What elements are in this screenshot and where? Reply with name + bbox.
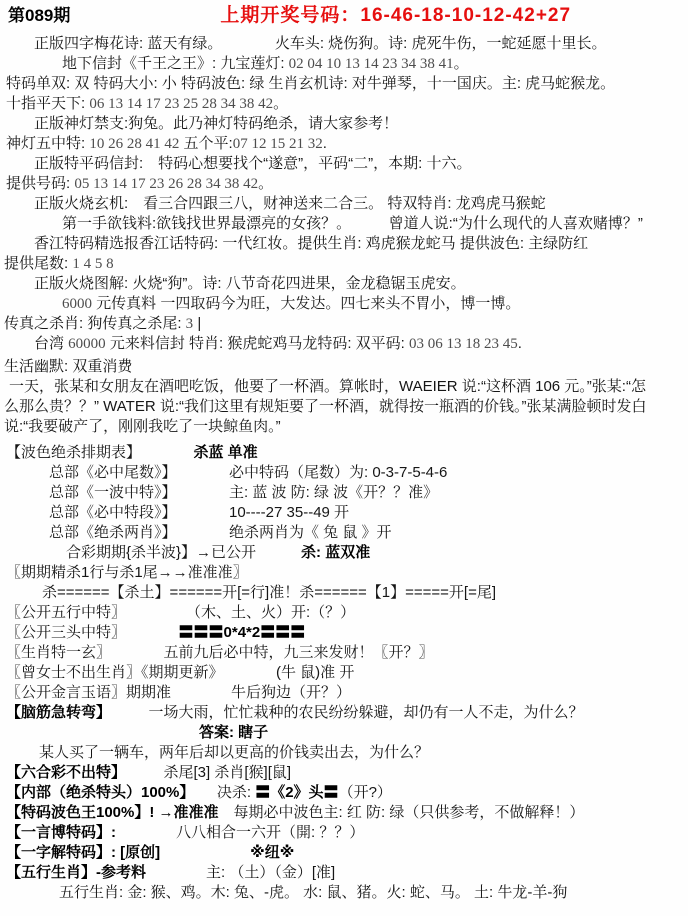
number-sequence: 60000	[68, 336, 106, 352]
text-segment: 。	[258, 175, 273, 192]
text-segment: .	[323, 135, 327, 152]
text-segment: 〖生肖特一玄〗 五前九后必中特，九三来发财！〖开？〗	[6, 644, 434, 661]
text-segment: 么那么贵？？” WATER 说:“我们这里有规矩要了一杯酒，就得按一瓶酒的价钱。…	[4, 398, 647, 415]
text-line: 十指平天下: 06 13 14 17 23 25 28 34 38 42。	[4, 94, 684, 114]
text-line: 〖公开金言玉语〗期期准 牛后狗边（开？）	[4, 683, 684, 703]
text-segment: 一天，张某和女朋友在酒吧吃饭，他要了一杯酒。算帐时，WAEIER 说:“这杯酒 …	[9, 378, 646, 395]
text-line: 正版神灯禁支:狗兔。此乃神灯特码绝杀，请大家参考！	[4, 114, 684, 134]
text-segment: 特码单双: 双 特码大小: 小 特码波色: 绿 生肖玄机诗: 对牛弹琴，十一国庆…	[6, 75, 615, 92]
emphasized-text: 【内部（绝杀特头）100%】	[6, 784, 187, 801]
text-segment: 正版特平码信封: 特码心想要找个“遂意”，平码“二”，本期: 十六。	[34, 155, 472, 172]
lottery-tip-sheet: 第089期 上期开奖号码：16-46-18-10-12-42+27 正版四字梅花…	[0, 0, 688, 916]
number-sequence: 05 13 14 17 23 26 28 34 38 42	[74, 176, 258, 192]
text-line: 神灯五中特: 10 26 28 41 42 五个平:07 12 15 21 32…	[4, 134, 684, 154]
number-sequence: 02 04 10 13 14 23 34 38 41	[289, 56, 454, 72]
text-line: 〖期期精杀1行与杀1尾→→准准准〗	[4, 563, 684, 583]
document-body: 正版四字梅花诗: 蓝天有绿。 火车头: 烧伤狗。诗: 虎死牛伤，一蛇延愿十里长。…	[0, 34, 688, 903]
text-line: 台湾 60000 元来料信封 特肖: 猴虎蛇鸡马龙特码: 双平码: 03 06 …	[4, 334, 684, 354]
emphasized-text: 〓〓〓0*4*2〓〓〓	[179, 624, 306, 641]
text-segment: 元来料信封 特肖: 猴虎蛇鸡马龙特码: 双平码:	[106, 335, 409, 352]
text-segment: （开?）	[339, 784, 392, 801]
text-line: 〖生肖特一玄〗 五前九后必中特，九三来发财！〖开？〗	[4, 643, 684, 663]
text-segment: 正版四字梅花诗: 蓝天有绿。 火车头: 烧伤狗。诗: 虎死牛伤，一蛇延愿十里长。	[34, 35, 607, 52]
number-sequence: 06 13 14 17 23 25 28 34 38 42	[89, 96, 273, 112]
text-segment: 正版神灯禁支:狗兔。此乃神灯特码绝杀，请大家参考！	[34, 115, 398, 132]
number-sequence: 03 06 13 18 23 45	[409, 336, 518, 352]
issue-number: 第089期	[8, 6, 70, 26]
text-line: 一天，张某和女朋友在酒吧吃饭，他要了一杯酒。算帐时，WAEIER 说:“这杯酒 …	[4, 377, 684, 397]
text-segment: 五个平:	[179, 135, 232, 152]
text-segment: 。	[273, 95, 288, 112]
text-segment	[160, 844, 250, 861]
emphasized-text: 【六合彩不出特】	[6, 764, 119, 781]
text-segment: 〖公开三头中特〗	[6, 624, 179, 641]
text-line: 正版特平码信封: 特码心想要找个“遂意”，平码“二”，本期: 十六。	[4, 154, 684, 174]
text-segment: 合彩期期{杀半波}】→已公开	[66, 544, 301, 561]
emphasized-text: 【特码波色王100%】! →准准准	[6, 804, 219, 821]
text-line: 〖公开三头中特〗 〓〓〓0*4*2〓〓〓	[4, 623, 684, 643]
text-segment: 神灯五中特:	[6, 135, 89, 152]
emphasized-text: 【五行生肖】-参考料	[6, 864, 146, 881]
text-line: 【波色绝杀排期表】 杀蓝 单准	[4, 443, 684, 463]
text-segment: 〖公开五行中特〗 （木、土、火）开:（？）	[6, 604, 355, 621]
text-segment: 总部《一波中特》】 主: 蓝 波 防: 绿 波《开？？准》	[49, 484, 438, 501]
text-segment: 〖公开金言玉语〗期期准 牛后狗边（开？）	[6, 684, 351, 701]
number-sequence: 10 26 28 41 42	[89, 136, 179, 152]
text-line: 提供号码: 05 13 14 17 23 26 28 34 38 42。	[4, 174, 684, 194]
text-line: 〖曾女士不出生肖〗《期期更新》 (牛 鼠)准 开	[4, 663, 684, 683]
text-line: 正版四字梅花诗: 蓝天有绿。 火车头: 烧伤狗。诗: 虎死牛伤，一蛇延愿十里长。	[4, 34, 684, 54]
text-line: 香江特码精选报香江话特码: 一代红妆。提供生肖: 鸡虎猴龙蛇马 提供波色: 主绿…	[4, 234, 684, 254]
text-segment: 十指平天下:	[6, 95, 89, 112]
text-segment: .	[518, 335, 522, 352]
emphasized-text: ※纽※	[250, 844, 294, 861]
text-segment: 一场大雨，忙忙栽种的农民纷纷躲避，却仍有一人不走，为什么？	[104, 704, 584, 721]
text-line: 五行生肖: 金: 猴、鸡。木: 兔、-虎。 水: 鼠、猪。火: 蛇、马。 土: …	[4, 883, 684, 903]
text-line: 总部《必中尾数》】 必中特码（尾数）为: 0-3-7-5-4-6	[4, 463, 684, 483]
text-segment: 地下信封《千王之王》: 九宝莲灯:	[62, 55, 289, 72]
text-line: 提供尾数: 1 4 5 8	[4, 254, 684, 274]
text-line: 某人买了一辆车，两年后却以更高的价钱卖出去，为什么？	[4, 743, 684, 763]
text-segment: 每期必中波色主: 红 防: 绿（只供参考，不做解释！）	[219, 804, 585, 821]
header: 第089期 上期开奖号码：16-46-18-10-12-42+27	[0, 4, 688, 34]
text-segment: 总部《绝杀两肖》】 绝杀两肖为《 兔 鼠 》开	[49, 524, 392, 541]
text-segment: 提供号码:	[6, 175, 74, 192]
number-sequence: 6000	[62, 296, 92, 312]
text-segment: 正版火烧玄机: 看三合四跟三八，财神送来二合三。 特双特肖: 龙鸡虎马猴蛇	[34, 195, 546, 212]
text-line: 地下信封《千王之王》: 九宝莲灯: 02 04 10 13 14 23 34 3…	[4, 54, 684, 74]
emphasized-text: 答案: 瞎子	[199, 724, 268, 741]
text-line: 【一字解特码】: [原创] ※纽※	[4, 843, 684, 863]
text-line: 答案: 瞎子	[4, 723, 684, 743]
text-segment: 正版火烧图解: 火烧“狗”。诗: 八节奇花四进果，金龙稳锯玉虎安。	[34, 275, 466, 292]
text-line: 【脑筋急转弯】 一场大雨，忙忙栽种的农民纷纷躲避，却仍有一人不走，为什么？	[4, 703, 684, 723]
text-segment: 生活幽默: 双重消费	[4, 358, 132, 375]
emphasized-text: 【一言博特码】:	[6, 824, 116, 841]
text-line: 正版火烧图解: 火烧“狗”。诗: 八节奇花四进果，金龙稳锯玉虎安。	[4, 274, 684, 294]
text-segment: 【波色绝杀排期表】	[6, 444, 194, 461]
emphasized-text: 杀: 蓝双准	[301, 544, 370, 561]
text-line: 第一手欲钱料:欲钱找世界最漂亮的女孩？。 曾道人说:“为什么现代的人喜欢赌博？”	[4, 214, 684, 234]
text-segment: 五行生肖: 金: 猴、鸡。木: 兔、-虎。 水: 鼠、猪。火: 蛇、马。 土: …	[59, 884, 567, 901]
text-segment: |	[193, 315, 201, 332]
emphasized-text: 杀蓝 单准	[194, 444, 258, 461]
text-segment: 第一手欲钱料:欲钱找世界最漂亮的女孩？。 曾道人说:“为什么现代的人喜欢赌博？”	[62, 215, 643, 232]
text-line: 正版火烧玄机: 看三合四跟三八，财神送来二合三。 特双特肖: 龙鸡虎马猴蛇	[4, 194, 684, 214]
text-line: 【一言博特码】: 八八相合一六开（開: ？？）	[4, 823, 684, 843]
text-segment: 提供尾数:	[4, 255, 72, 272]
text-line: 总部《绝杀两肖》】 绝杀两肖为《 兔 鼠 》开	[4, 523, 684, 543]
text-segment: 决杀:	[187, 784, 255, 801]
text-segment: 香江特码精选报香江话特码: 一代红妆。提供生肖: 鸡虎猴龙蛇马 提供波色: 主绿…	[34, 235, 588, 252]
text-segment: 某人买了一辆车，两年后却以更高的价钱卖出去，为什么？	[39, 744, 429, 761]
text-line: 6000 元传真料 一四取码今为旺，大发达。四七来头不胃小，博一博。	[4, 294, 684, 314]
emphasized-text: 〓《2》头〓	[255, 784, 338, 801]
text-line: 【内部（绝杀特头）100%】 决杀: 〓《2》头〓（开?）	[4, 783, 684, 803]
text-line: 传真之杀肖: 狗传真之杀尾: 3 |	[4, 314, 684, 334]
text-line: 生活幽默: 双重消费	[4, 357, 684, 377]
text-line: 说:“我要破产了，刚刚我吃了一块鲸鱼肉。”	[4, 417, 684, 437]
text-line: 总部《必中特段》】 10----27 35--49 开	[4, 503, 684, 523]
text-segment: 〖曾女士不出生肖〗《期期更新》 (牛 鼠)准 开	[6, 664, 354, 681]
text-segment: 。	[454, 55, 469, 72]
number-sequence: 07 12 15 21 32	[233, 136, 323, 152]
text-segment: 总部《必中特段》】 10----27 35--49 开	[49, 504, 349, 521]
text-line: 特码单双: 双 特码大小: 小 特码波色: 绿 生肖玄机诗: 对牛弹琴，十一国庆…	[4, 74, 684, 94]
text-segment: 〖期期精杀1行与杀1尾→→准准准〗	[6, 564, 248, 581]
text-segment: 传真之杀肖: 狗传真之杀尾:	[4, 315, 186, 332]
text-line: 么那么贵？？” WATER 说:“我们这里有规矩要了一杯酒，就得按一瓶酒的价钱。…	[4, 397, 684, 417]
text-segment: 总部《必中尾数》】 必中特码（尾数）为: 0-3-7-5-4-6	[49, 464, 447, 481]
text-segment: 八八相合一六开（開: ？？）	[116, 824, 364, 841]
emphasized-text: 【一字解特码】: [原创]	[6, 844, 160, 861]
text-line: 〖公开五行中特〗 （木、土、火）开:（？）	[4, 603, 684, 623]
text-line: 【特码波色王100%】! →准准准 每期必中波色主: 红 防: 绿（只供参考，不…	[4, 803, 684, 823]
text-line: 【六合彩不出特】 杀尾[3] 杀肖[猴][鼠]	[4, 763, 684, 783]
number-sequence: 1 4 5 8	[72, 256, 113, 272]
text-segment: 台湾	[34, 335, 68, 352]
text-line: 【五行生肖】-参考料 主: （土）（金）[准]	[4, 863, 684, 883]
text-segment: 说:“我要破产了，刚刚我吃了一块鲸鱼肉。”	[4, 418, 281, 435]
text-segment: 主: （土）（金）[准]	[146, 864, 335, 881]
text-line: 合彩期期{杀半波}】→已公开 杀: 蓝双准	[4, 543, 684, 563]
text-segment: 杀======【杀土】======开[=行]准！杀======【1】=====开…	[42, 584, 496, 601]
text-line: 总部《一波中特》】 主: 蓝 波 防: 绿 波《开？？准》	[4, 483, 684, 503]
text-line: 杀======【杀土】======开[=行]准！杀======【1】=====开…	[4, 583, 684, 603]
previous-draw-numbers: 上期开奖号码：16-46-18-10-12-42+27	[220, 6, 571, 26]
text-segment: 元传真料 一四取码今为旺，大发达。四七来头不胃小，博一博。	[92, 295, 520, 312]
emphasized-text: 【脑筋急转弯】	[6, 704, 104, 721]
text-segment: 杀尾[3] 杀肖[猴][鼠]	[119, 764, 292, 781]
